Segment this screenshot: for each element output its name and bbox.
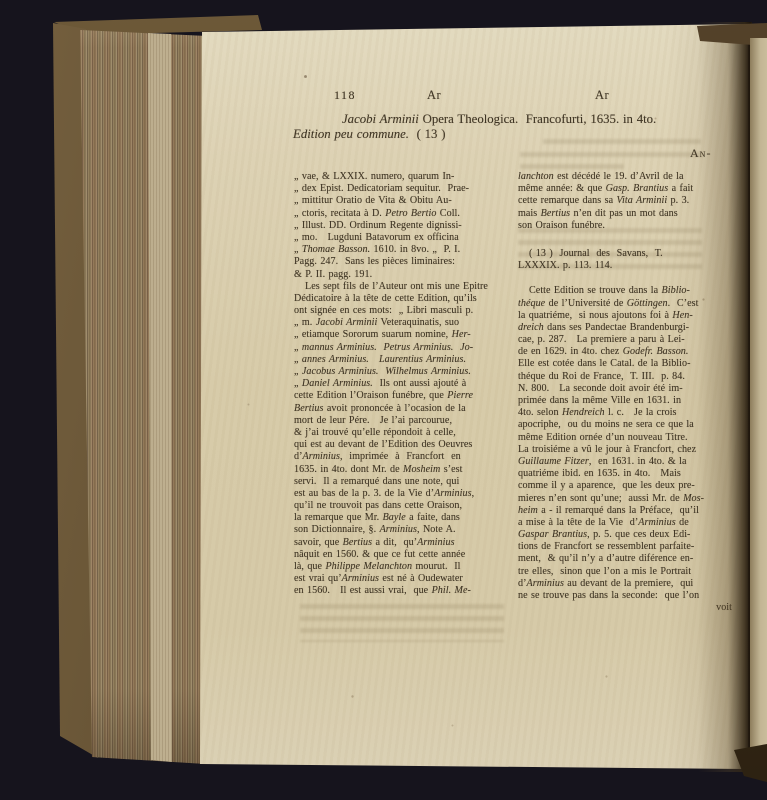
facing-page-sliver (750, 38, 767, 774)
gutter-shadow (698, 22, 752, 772)
photo-scanned-book: 118 Ar Ar Jacobi Arminii Opera Theologic… (0, 0, 767, 800)
paper-specks (0, 0, 1, 1)
